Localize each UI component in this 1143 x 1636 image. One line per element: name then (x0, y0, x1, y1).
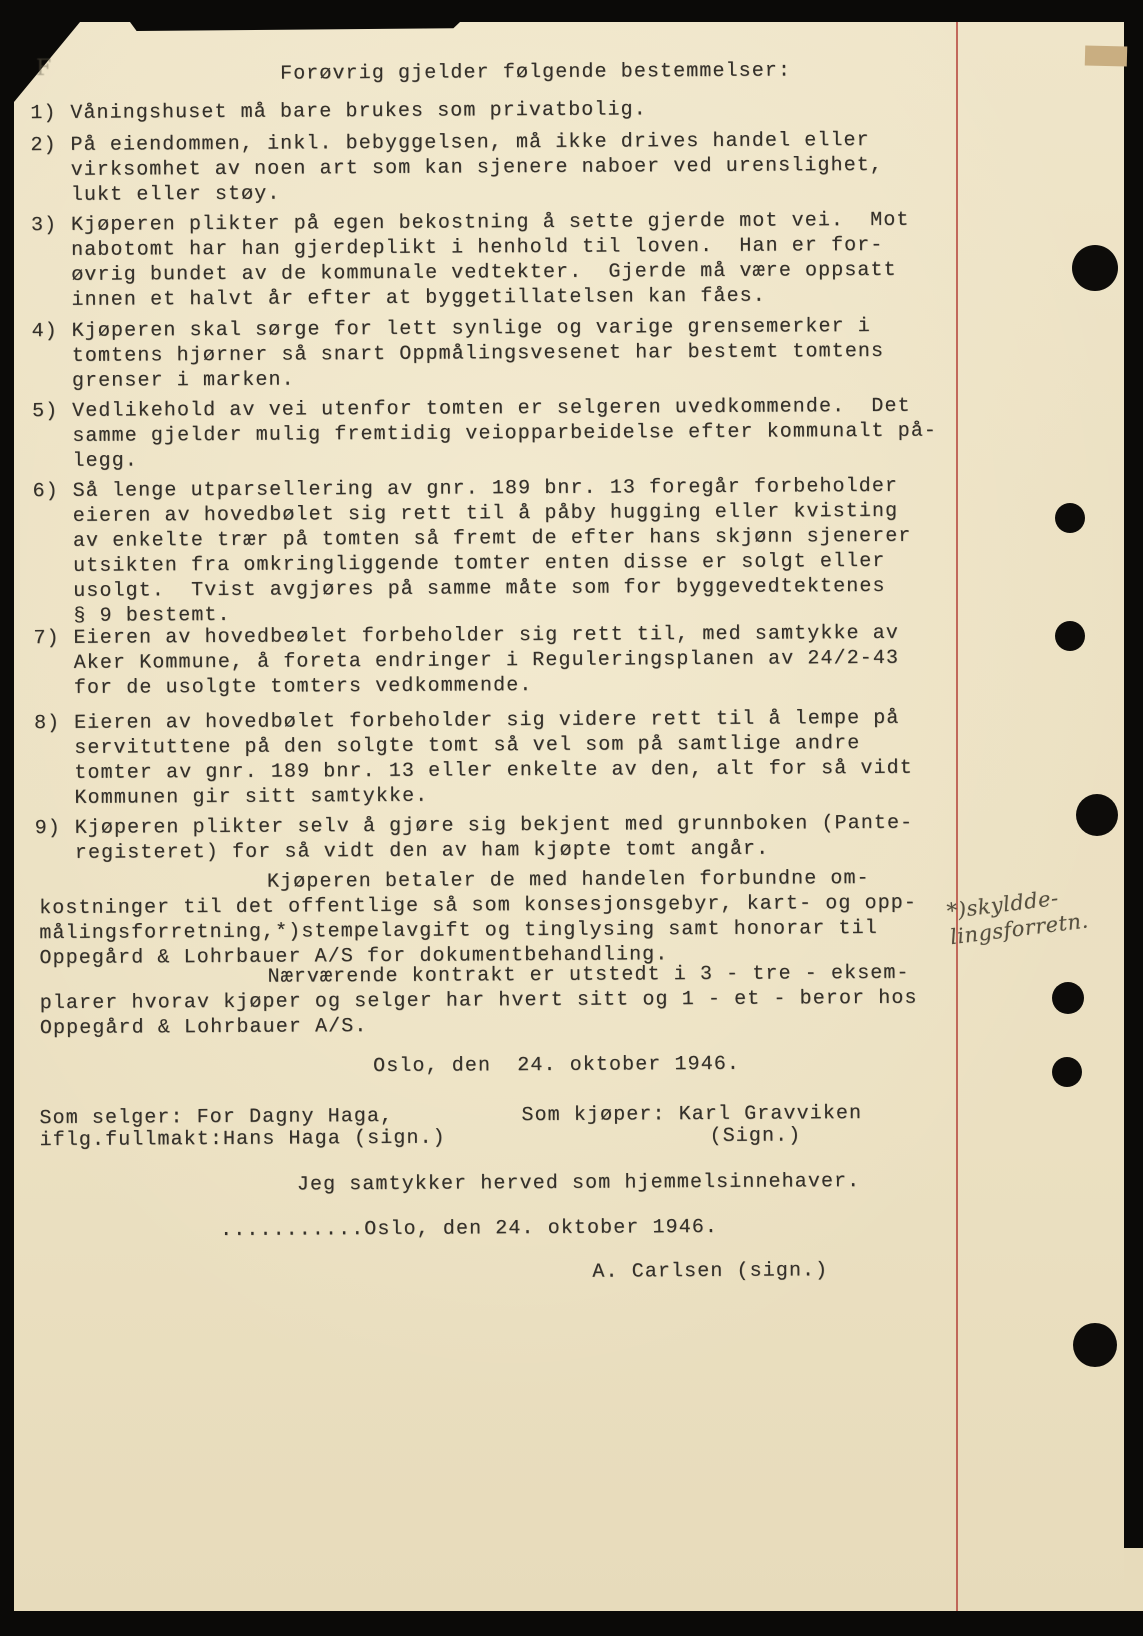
buyer-signature-line-1: Som kjøper: Karl Gravviken (521, 1101, 862, 1128)
closing-paragraph: Nærværende kontrakt er utstedt i 3 - tre… (40, 960, 1020, 1041)
clause-text-line: for de usolgte tomters vedkommende. (74, 671, 900, 701)
clause-text-line: Våningshuset må bare brukes som privatbo… (70, 97, 647, 126)
closing-text-line: Oppegård & Lohrbauer A/S. (40, 1010, 1020, 1041)
clause-lines: Våningshuset må bare brukes som privatbo… (70, 97, 647, 126)
clause: 2)På eiendommen, inkl. bebyggelsen, må i… (0, 127, 1000, 133)
clause-text-line: samme gjelder mulig fremtidig veiopparbe… (72, 419, 937, 449)
clause-text-line: virksomhet av noen art som kan sjenere n… (71, 153, 883, 183)
clause-text-line: Aker Kommune, å foreta endringer i Regul… (74, 646, 900, 676)
clause-lines: Eieren av hovedbølet forbeholder sig vid… (74, 706, 913, 811)
clause: 9)Kjøperen plikter selv å gjøre sig bekj… (5, 810, 1005, 816)
clause-lines: Kjøperen skal sørge for lett synlige og … (72, 314, 885, 394)
clause: 3)Kjøperen plikter på egen bekostning å … (1, 207, 1001, 213)
clause-text-line: tomtens hjørner så snart Oppmålingsvesen… (72, 339, 884, 369)
clause: 4)Kjøperen skal sørge for lett synlige o… (2, 313, 1002, 319)
clause-lines: Så lenge utparsellering av gnr. 189 bnr.… (73, 474, 912, 629)
clause: 5)Vedlikehold av vei utenfor tomten er s… (2, 393, 1002, 399)
clause: 8)Eieren av hovedbølet forbeholder sig v… (4, 705, 1004, 711)
date-line-second: ...........Oslo, den 24. oktober 1946. (220, 1215, 718, 1243)
clause-text-line: innen et halvt år efter at byggetillatel… (71, 283, 910, 313)
clause-number: 8) (34, 711, 60, 736)
consent-line: Jeg samtykker herved som hjemmelsinnehav… (297, 1169, 861, 1197)
clause-lines: På eiendommen, inkl. bebyggelsen, må ikk… (70, 128, 883, 208)
typed-text-layer: Forøvrig gjelder følgende bestemmelser: … (0, 0, 1143, 1636)
clause-list: 1)Våningshuset må bare brukes som privat… (0, 0, 1143, 3)
clause-number: 4) (32, 319, 58, 344)
clause-lines: Kjøperen plikter på egen bekostning å se… (71, 208, 910, 313)
clause-lines: Kjøperen plikter selv å gjøre sig bekjen… (75, 811, 914, 866)
clause-number: 6) (33, 479, 59, 504)
clause-number: 3) (31, 213, 57, 238)
clause-number: 2) (30, 133, 56, 158)
clause: 6)Så lenge utparsellering av gnr. 189 bn… (3, 473, 1003, 479)
closing-paragraph: Kjøperen betaler de med handelen forbund… (39, 865, 1020, 971)
buyer-signature-line-2: (Sign.) (710, 1123, 802, 1149)
clause: 1)Våningshuset må bare brukes som privat… (0, 95, 1000, 101)
clause-text-line: registeret) for så vidt den av ham kjøpt… (75, 836, 914, 866)
document-heading: Forøvrig gjelder følgende bestemmelser: (280, 58, 791, 86)
final-signature: A. Carlsen (sign.) (592, 1258, 828, 1284)
date-line-first: Oslo, den 24. oktober 1946. (373, 1052, 740, 1079)
clause-text-line: tomter av gnr. 189 bnr. 13 eller enkelte… (74, 756, 913, 786)
clause-number: 7) (33, 626, 59, 651)
clause-text-line: Kjøperen plikter selv å gjøre sig bekjen… (75, 811, 914, 841)
seller-signature-line-2: iflg.fullmakt:Hans Haga (sign.) (40, 1126, 446, 1153)
clause-text-line: usolgt. Tvist avgjøres på samme måte som… (73, 574, 912, 604)
scanned-document-page: F Forøvrig gjelder følgende bestemmelser… (0, 0, 1143, 1636)
clause-text-line: grenser i marken. (72, 364, 884, 394)
clause-text-line: lukt eller støy. (71, 178, 883, 208)
clause-text-line: legg. (72, 444, 937, 474)
clause-lines: Eieren av hovedbeølet forbeholder sig re… (73, 621, 899, 701)
clause-lines: Vedlikehold av vei utenfor tomten er sel… (72, 394, 937, 474)
clause-text-line: øvrig bundet av de kommunale vedtekter. … (71, 258, 910, 288)
clause-number: 5) (32, 399, 58, 424)
clause-text-line: Kommunen gir sitt samtykke. (74, 781, 913, 811)
clause-number: 1) (30, 101, 56, 126)
closing-paragraphs: Kjøperen betaler de med handelen forbund… (0, 0, 1143, 3)
clause-number: 9) (35, 816, 61, 841)
